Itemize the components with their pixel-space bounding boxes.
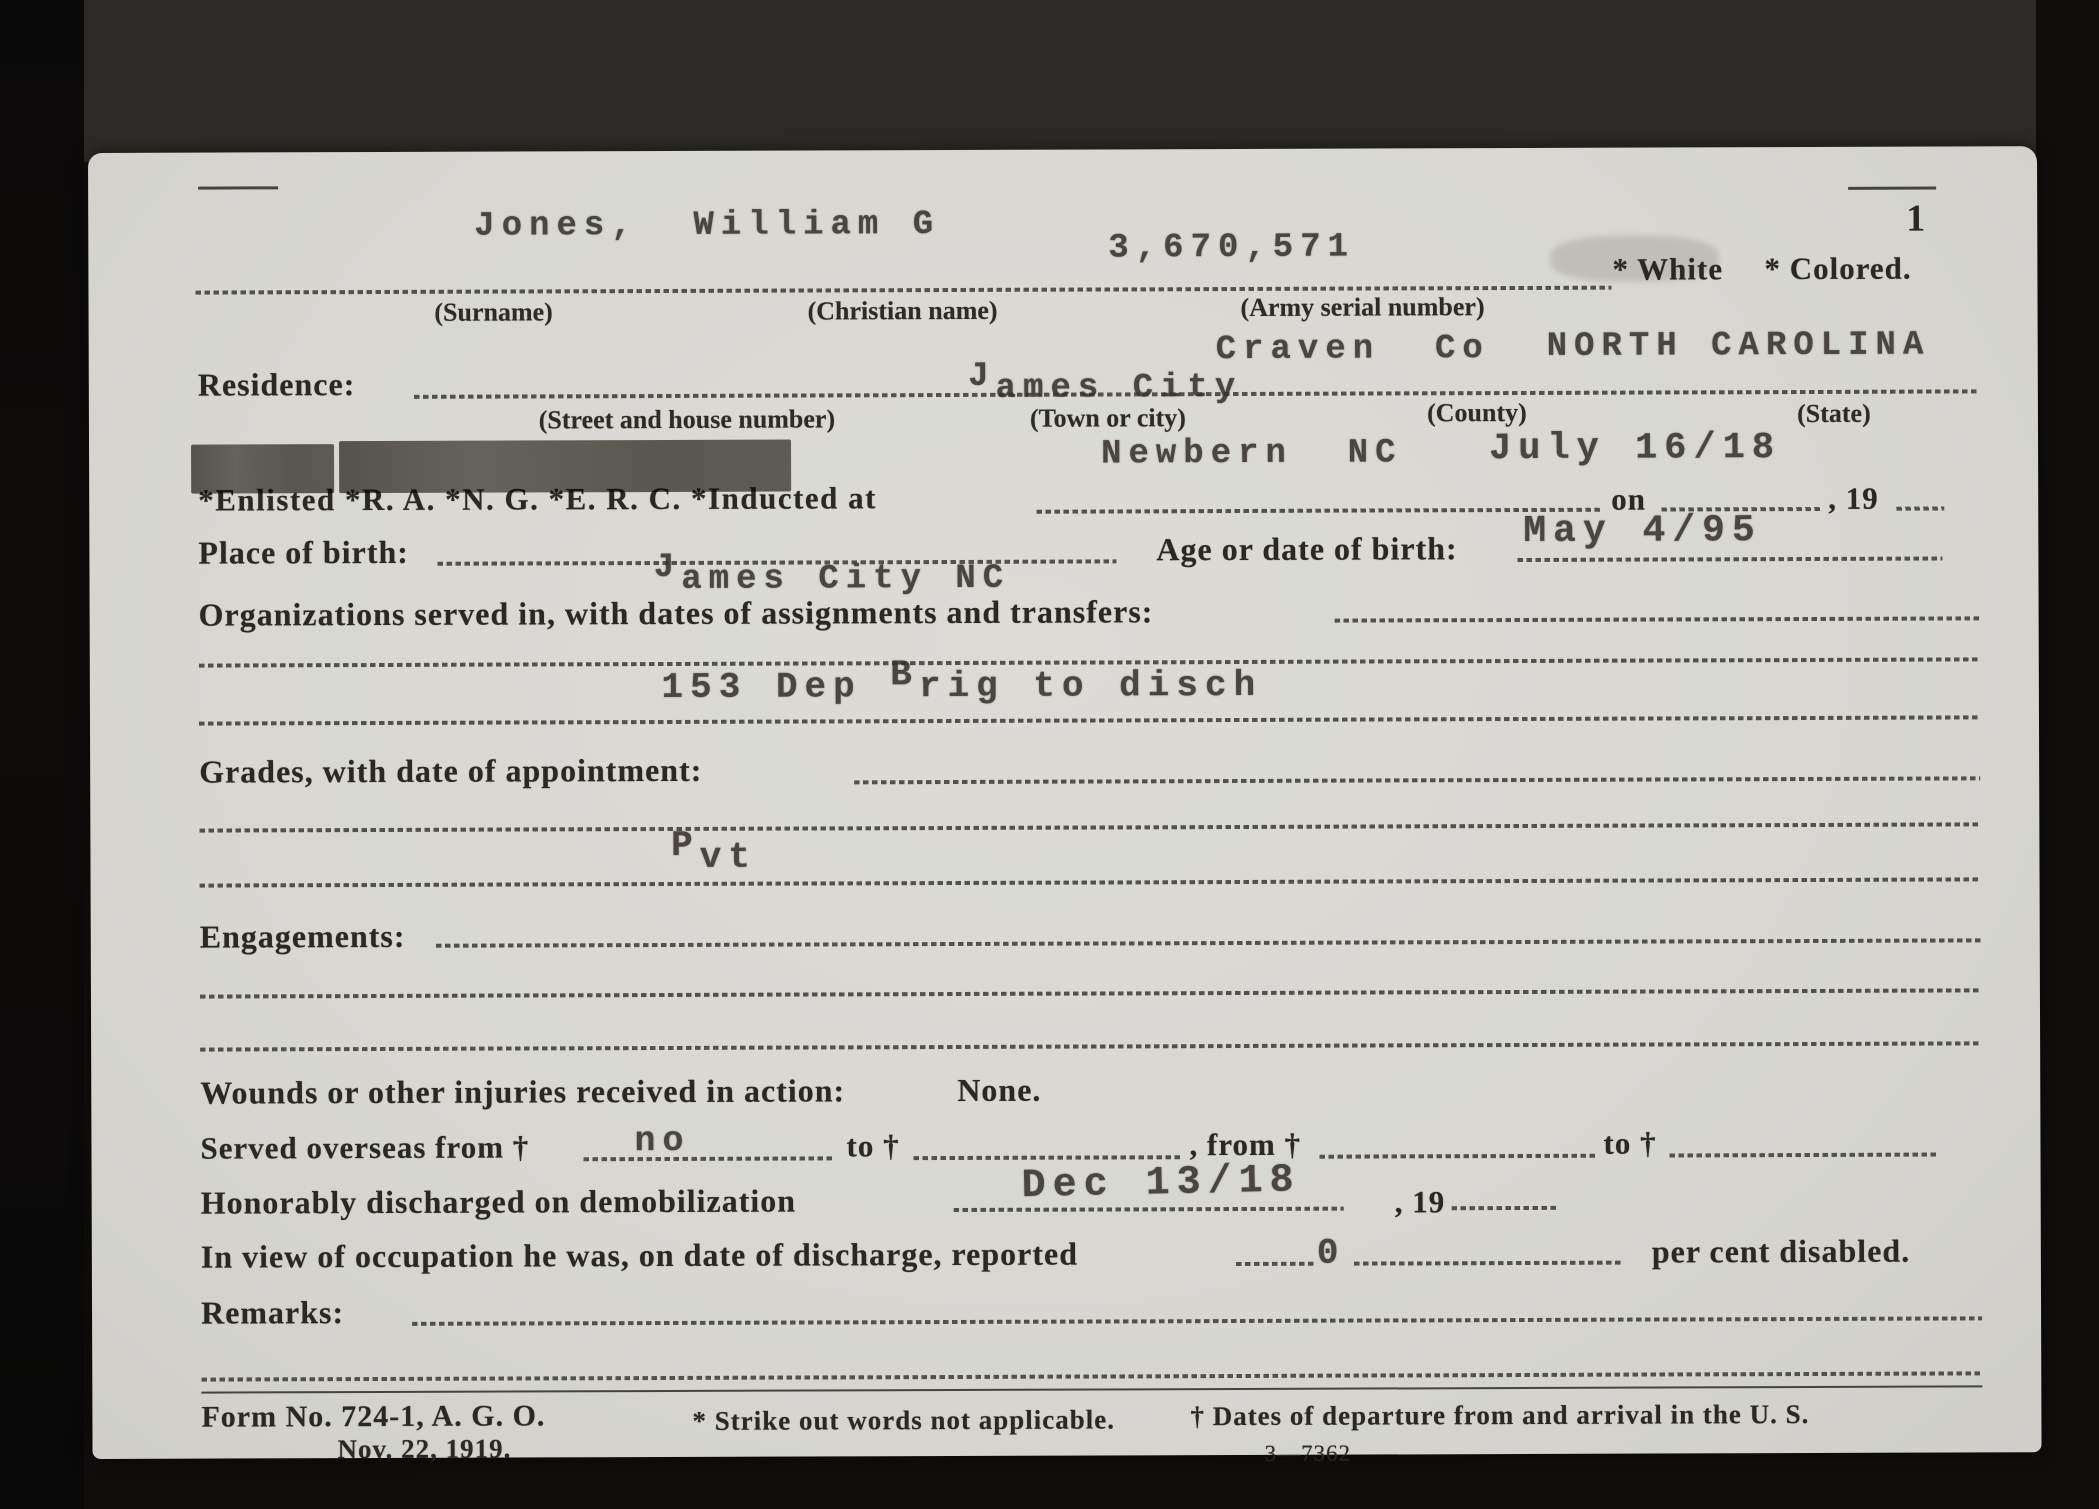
bottom-ruled-line bbox=[201, 1371, 1982, 1381]
overseas-to-ruled-line bbox=[914, 1155, 1182, 1160]
typed-residence-town-initial: J bbox=[968, 358, 996, 396]
place-of-birth-label: Place of birth: bbox=[198, 534, 409, 572]
race-option-white: * White bbox=[1612, 251, 1723, 287]
typed-grade-initial: P bbox=[671, 825, 700, 866]
typed-overseas-from: no bbox=[634, 1121, 690, 1161]
typed-residence-town-rest: ames City bbox=[996, 369, 1243, 408]
inducted-at-ruled-line bbox=[1036, 508, 1601, 514]
age-of-birth-label: Age or date of birth: bbox=[1156, 530, 1457, 568]
form-date: Nov. 22, 1919. bbox=[337, 1434, 511, 1466]
typed-induction-date: July 16/18 bbox=[1489, 427, 1781, 470]
served-overseas-label: Served overseas from † bbox=[200, 1129, 529, 1166]
grades-ruled-line-1 bbox=[854, 776, 1980, 784]
disability-label: In view of occupation he was, on date of… bbox=[201, 1236, 1078, 1276]
wounds-value: None. bbox=[957, 1072, 1041, 1109]
town-caption: (Town or city) bbox=[993, 403, 1223, 434]
engagements-label: Engagements: bbox=[200, 918, 406, 956]
grades-label: Grades, with date of appointment: bbox=[199, 752, 702, 791]
race-option-colored: * Colored. bbox=[1764, 251, 1911, 288]
residence-label: Residence: bbox=[198, 366, 356, 404]
redaction-bar-left bbox=[191, 444, 334, 493]
engagements-ruled-line-3 bbox=[200, 1041, 1981, 1051]
state-caption: (State) bbox=[1734, 399, 1934, 430]
scanned-service-card-page: 1 Jones, William G 3,670,571 * White * C… bbox=[0, 0, 2099, 1509]
grades-ruled-line-2 bbox=[199, 822, 1980, 832]
birth-date-ruled-line bbox=[1517, 557, 1942, 562]
departure-note: † Dates of departure from and arrival in… bbox=[1190, 1399, 1809, 1432]
remarks-label: Remarks: bbox=[201, 1294, 344, 1331]
typed-name-value: Jones, William G bbox=[474, 206, 940, 246]
redaction-bar-right bbox=[339, 440, 791, 494]
street-caption: (Street and house number) bbox=[497, 404, 877, 435]
overseas-from-ruled-line bbox=[584, 1156, 834, 1161]
discharge-year-ruled-line bbox=[1452, 1206, 1557, 1210]
scan-left-black-border bbox=[0, 0, 84, 1509]
service-record-card: 1 Jones, William G 3,670,571 * White * C… bbox=[88, 146, 2042, 1459]
typed-induction-place: Newbern NC bbox=[1101, 434, 1403, 473]
grades-ruled-line-3 bbox=[200, 877, 1981, 887]
overseas-from2-ruled-line bbox=[1320, 1154, 1596, 1159]
typed-discharge-date: Dec 13/18 bbox=[1021, 1158, 1301, 1209]
page-number: 1 bbox=[1906, 197, 1925, 241]
typed-residence-county: Craven Co bbox=[1216, 330, 1490, 369]
year-19-label: , 19 bbox=[1828, 481, 1879, 517]
overseas-to-label: to † bbox=[846, 1128, 899, 1164]
typed-serial-value: 3,670,571 bbox=[1108, 229, 1355, 268]
typed-organizations-value: 153 Dep Brig to disch bbox=[490, 624, 1263, 750]
discharge-ruled-line bbox=[954, 1207, 1344, 1212]
year-ruled-line bbox=[1896, 507, 1944, 511]
discharge-label: Honorably discharged on demobilization bbox=[201, 1183, 797, 1222]
strike-out-note: * Strike out words not applicable. bbox=[692, 1404, 1115, 1436]
christian-name-caption: (Christian name) bbox=[773, 296, 1033, 327]
county-caption: (County) bbox=[1377, 398, 1577, 429]
bottom-solid-line bbox=[201, 1385, 1982, 1393]
form-number: Form No. 724-1, A. G. O. bbox=[201, 1399, 545, 1434]
remarks-ruled-line bbox=[412, 1316, 1982, 1325]
army-serial-caption: (Army serial number) bbox=[1212, 292, 1512, 323]
engagements-ruled-line-1 bbox=[436, 938, 1981, 947]
typed-organizations-pre: 153 Dep bbox=[661, 666, 890, 708]
overseas-to2-label: to † bbox=[1603, 1126, 1656, 1162]
discharge-year-label: , 19 bbox=[1395, 1184, 1446, 1220]
disability-ruled-line-2 bbox=[1354, 1261, 1622, 1266]
overseas-to2-ruled-line bbox=[1670, 1153, 1938, 1158]
typed-residence-state: NORTH CAROLINA bbox=[1547, 327, 1931, 366]
typed-organizations-rest: rig to disch bbox=[919, 665, 1262, 707]
page-number-overline bbox=[1848, 187, 1936, 190]
wounds-label: Wounds or other injuries received in act… bbox=[200, 1072, 845, 1111]
typed-place-of-birth-initial: J bbox=[654, 549, 682, 587]
typed-birth-date: May 4/95 bbox=[1523, 509, 1762, 553]
scan-top-background bbox=[84, 0, 2036, 162]
engagements-ruled-line-2 bbox=[200, 988, 1981, 998]
surname-caption: (Surname) bbox=[364, 297, 624, 328]
print-code: 3—7362 bbox=[1265, 1441, 1352, 1467]
organizations-ruled-line-right bbox=[1335, 616, 1980, 622]
typed-grade-value: Pvt bbox=[499, 796, 757, 920]
disability-ruled-line-1 bbox=[1236, 1262, 1314, 1266]
typed-disability-value: 0 bbox=[1317, 1233, 1346, 1274]
top-left-dash-mark bbox=[198, 186, 278, 189]
disability-suffix-label: per cent disabled. bbox=[1652, 1233, 1910, 1271]
typed-grade-rest: vt bbox=[700, 837, 757, 878]
